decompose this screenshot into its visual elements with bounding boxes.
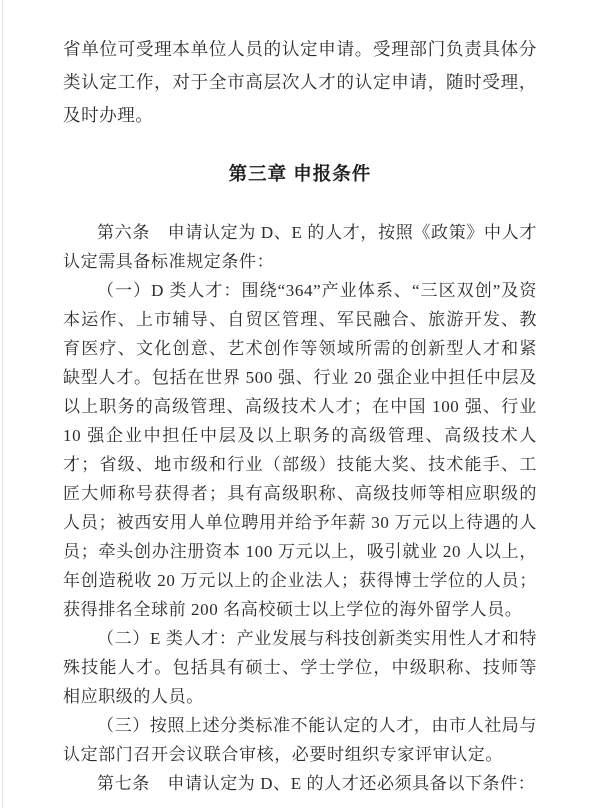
paragraph-item-1-d-talent: （一）D 类人才：围绕“364”产业体系、“三区双创”及资本运作、上市辅导、自贸…: [63, 276, 537, 624]
chapter-heading: 第三章 申报条件: [63, 162, 537, 185]
document-page: 省单位可受理本单位人员的认定申请。受理部门负责具体分类认定工作，对于全市高层次人…: [0, 0, 600, 808]
paragraph-article-7: 第七条 申请认定为 D、E 的人才还必须具备以下条件：: [63, 769, 537, 798]
chapter-body: 第六条 申请认定为 D、E 的人才，按照《政策》中人才认定需具备标准规定条件： …: [63, 218, 537, 798]
paragraph-continued: 省单位可受理本单位人员的认定申请。受理部门负责具体分类认定工作，对于全市高层次人…: [63, 33, 537, 132]
page-edge-line: [2, 0, 3, 808]
paragraph-item-2-e-talent: （二）E 类人才：产业发展与科技创新类实用性人才和特殊技能人才。包括具有硕士、学…: [63, 624, 537, 711]
paragraph-article-6: 第六条 申请认定为 D、E 的人才，按照《政策》中人才认定需具备标准规定条件：: [63, 218, 537, 276]
paragraph-item-3-other: （三）按照上述分类标准不能认定的人才，由市人社局与认定部门召开会议联合审核，必要…: [63, 711, 537, 769]
